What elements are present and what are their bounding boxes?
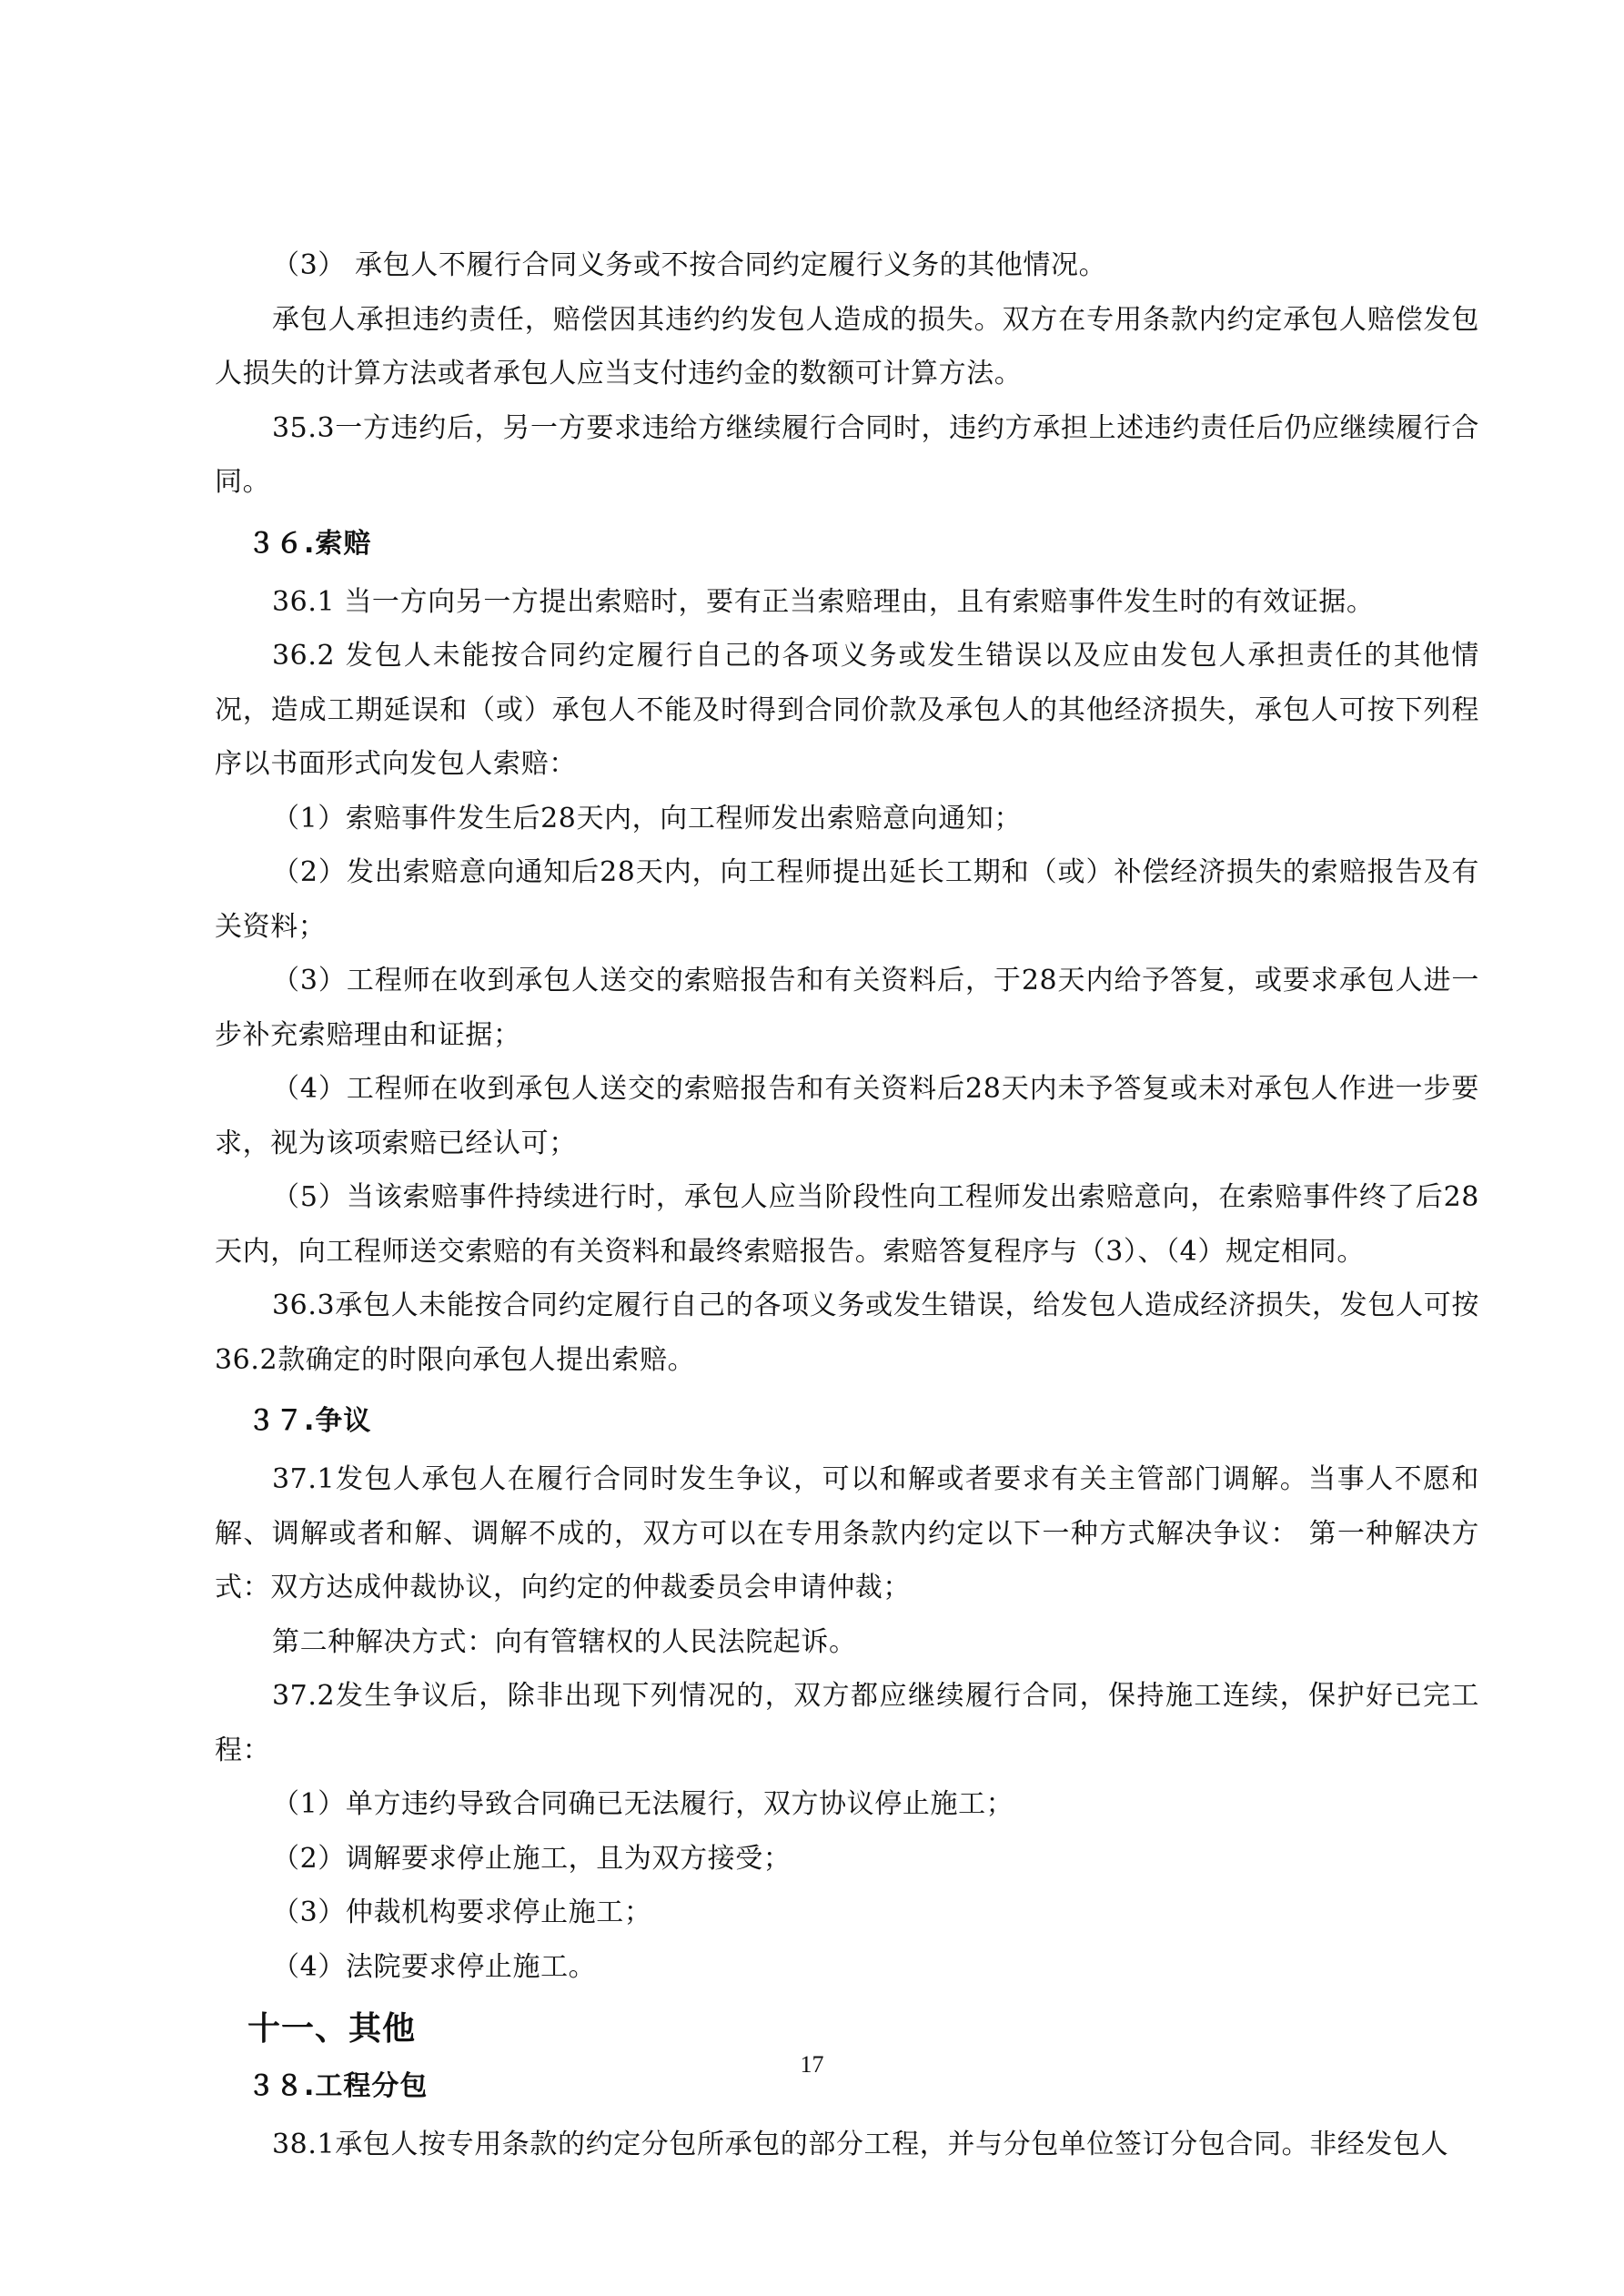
section-heading-37: ３７.争议 <box>247 1403 1479 1440</box>
clause-36-1: 36.1 当一方向另一方提出索赔时，要有正当索赔理由，且有索赔事件发生时的有效证… <box>215 575 1479 630</box>
section-heading-36: ３６.索赔 <box>247 526 1479 562</box>
clause-35-3: 35.3一方违约后，另一方要求违给方继续履行合同时，违约方承担上述违约责任后仍应… <box>215 401 1479 510</box>
clause-37-2: 37.2发生争议后，除非出现下列情况的，双方都应继续履行合同，保持施工连续，保护… <box>215 1669 1479 1777</box>
clause-37-2-item-1: （1）单方违约导致合同确已无法履行，双方协议停止施工； <box>215 1777 1479 1832</box>
clause-36-2: 36.2 发包人未能按合同约定履行自己的各项义务或发生错误以及应由发包人承担责任… <box>215 629 1479 792</box>
page-number: 17 <box>0 2051 1624 2079</box>
clause-36-2-item-3: （3）工程师在收到承包人送交的索赔报告和有关资料后，于28天内给予答复，或要求承… <box>215 954 1479 1062</box>
clause-38-1: 38.1承包人按专用条款的约定分包所承包的部分工程，并与分包单位签订分包合同。非… <box>215 2118 1479 2172</box>
clause-36-3: 36.3承包人未能按合同约定履行自己的各项义务或发生错误，给发包人造成经济损失，… <box>215 1279 1479 1387</box>
chapter-heading-11: 十一、其他 <box>247 2007 1479 2052</box>
clause-37-2-item-3: （3）仲裁机构要求停止施工； <box>215 1886 1479 1940</box>
clause-37-1-option-2: 第二种解决方式：向有管辖权的人民法院起诉。 <box>215 1615 1479 1670</box>
clause-37-2-item-4: （4）法院要求停止施工。 <box>215 1940 1479 1995</box>
paragraph-contractor-liability: 承包人承担违约责任，赔偿因其违约约发包人造成的损失。双方在专用条款内约定承包人赔… <box>215 293 1479 401</box>
document-page: （3） 承包人不履行合同义务或不按合同约定履行义务的其他情况。 承包人承担违约责… <box>0 0 1624 2296</box>
clause-37-1: 37.1发包人承包人在履行合同时发生争议，可以和解或者要求有关主管部门调解。当事… <box>215 1452 1479 1615</box>
clause-36-2-item-1: （1）索赔事件发生后28天内，向工程师发出索赔意向通知； <box>215 792 1479 846</box>
clause-37-2-item-2: （2）调解要求停止施工，且为双方接受； <box>215 1832 1479 1886</box>
page-body: （3） 承包人不履行合同义务或不按合同约定履行义务的其他情况。 承包人承担违约责… <box>215 238 1479 2172</box>
clause-35-2-item-3: （3） 承包人不履行合同义务或不按合同约定履行义务的其他情况。 <box>215 238 1479 293</box>
clause-36-2-item-4: （4）工程师在收到承包人送交的索赔报告和有关资料后28天内未予答复或未对承包人作… <box>215 1062 1479 1170</box>
clause-36-2-item-2: （2）发出索赔意向通知后28天内，向工程师提出延长工期和（或）补偿经济损失的索赔… <box>215 845 1479 954</box>
clause-36-2-item-5: （5）当该索赔事件持续进行时，承包人应当阶段性向工程师发出索赔意向，在索赔事件终… <box>215 1170 1479 1279</box>
